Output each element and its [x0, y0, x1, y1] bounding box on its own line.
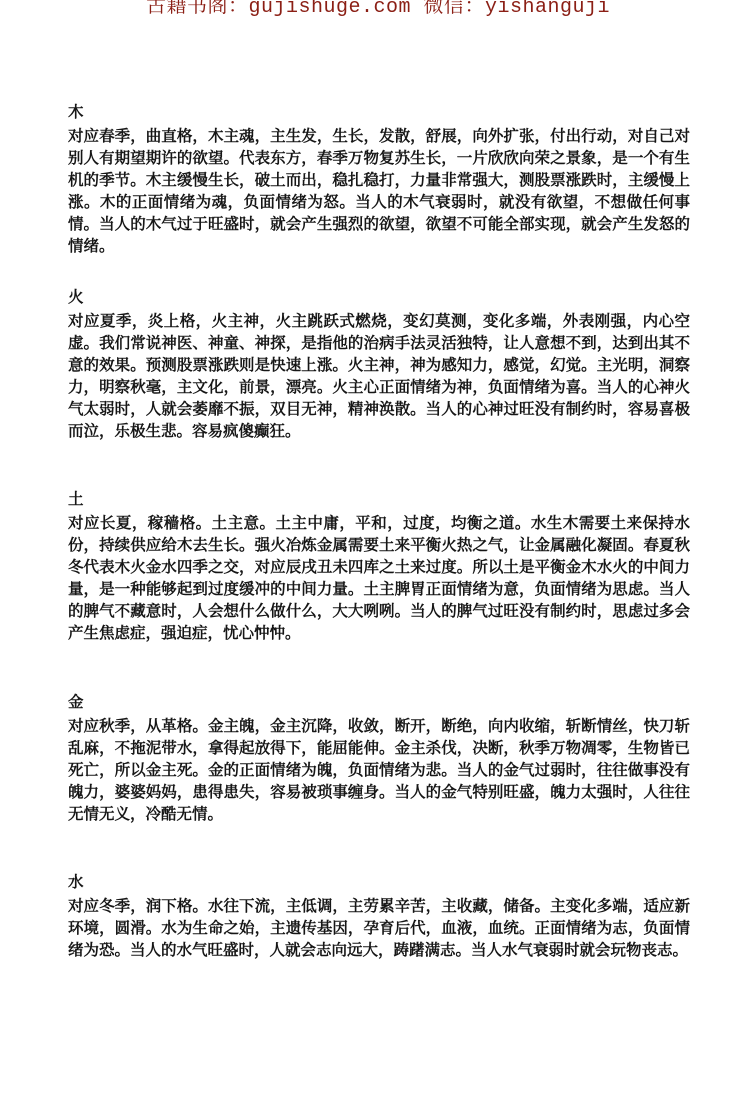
section-body-water: 对应冬季，润下格。水往下流，主低调，主劳累辛苦，主收藏，储备。主变化多端，适应新…: [68, 896, 690, 962]
section-fire: 火 对应夏季，炎上格，火主神，火主跳跃式燃烧，变幻莫测，变化多端，外表刚强，内心…: [68, 287, 690, 443]
section-body-earth: 对应长夏，稼穑格。土主意。土主中庸，平和，过度，均衡之道。水生木需要土来保持水份…: [68, 513, 690, 645]
watermark-header: 古籍书阁：gujishuge.com 微信：yishanguji: [0, 0, 756, 21]
section-body-wood: 对应春季，曲直格，木主魂，主生发，生长，发散，舒展，向外扩张，付出行动，对自己对…: [68, 126, 690, 258]
section-heading-wood: 木: [68, 102, 690, 124]
section-body-metal: 对应秋季，从革格。金主魄，金主沉降，收敛，断开，断绝，向内收缩，斩断情丝，快刀斩…: [68, 716, 690, 826]
section-body-fire: 对应夏季，炎上格，火主神，火主跳跃式燃烧，变幻莫测，变化多端，外表刚强，内心空虚…: [68, 311, 690, 443]
section-metal: 金 对应秋季，从革格。金主魄，金主沉降，收敛，断开，断绝，向内收缩，斩断情丝，快…: [68, 692, 690, 826]
document-page: 古籍书阁：gujishuge.com 微信：yishanguji 木 对应春季，…: [0, 0, 756, 1119]
section-earth: 土 对应长夏，稼穑格。土主意。土主中庸，平和，过度，均衡之道。水生木需要土来保持…: [68, 489, 690, 645]
section-heading-metal: 金: [68, 692, 690, 714]
section-heading-water: 水: [68, 872, 690, 894]
section-heading-earth: 土: [68, 489, 690, 511]
section-wood: 木 对应春季，曲直格，木主魂，主生发，生长，发散，舒展，向外扩张，付出行动，对自…: [68, 102, 690, 258]
section-heading-fire: 火: [68, 287, 690, 309]
section-water: 水 对应冬季，润下格。水往下流，主低调，主劳累辛苦，主收藏，储备。主变化多端，适…: [68, 872, 690, 962]
